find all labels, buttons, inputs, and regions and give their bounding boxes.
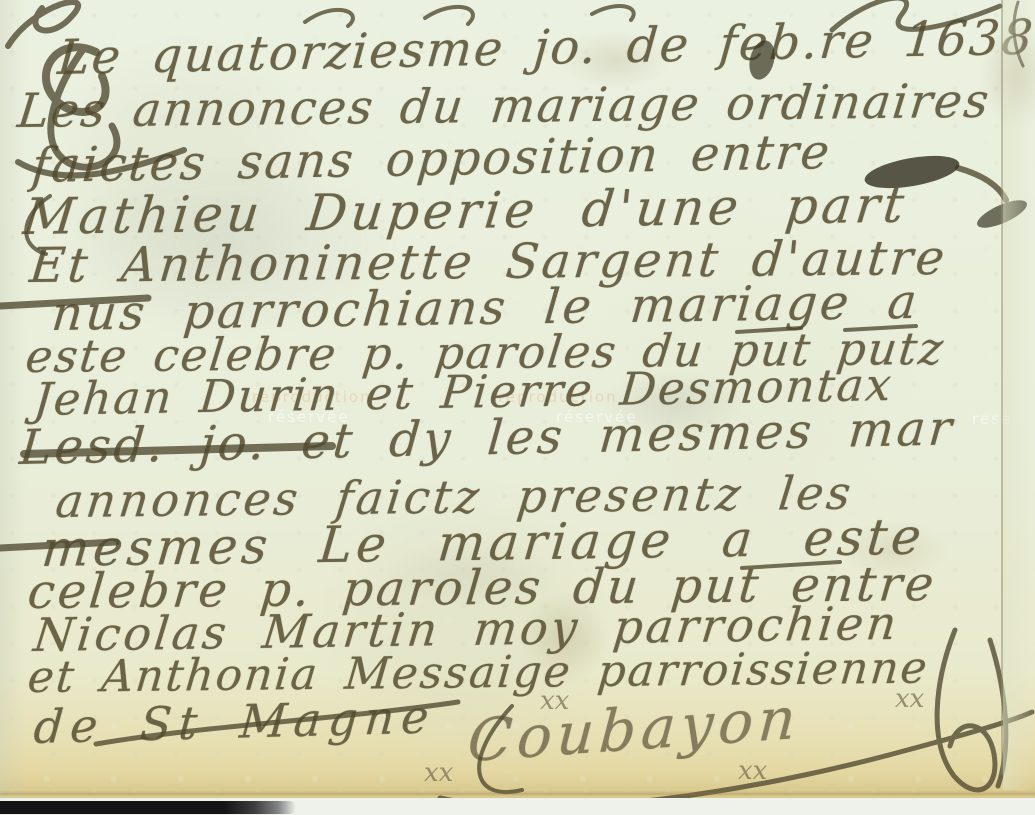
ink-blot	[862, 150, 961, 194]
manuscript-page: reproduction réservée reproduction réser…	[0, 0, 1035, 815]
scan-dark-edge	[0, 801, 296, 814]
page-fold-shading	[1003, 0, 1035, 790]
paper-bottom-edge	[0, 791, 1035, 795]
ink-flourishes	[0, 0, 1035, 815]
ink-blot	[746, 38, 779, 83]
page-crease	[1001, 0, 1003, 775]
